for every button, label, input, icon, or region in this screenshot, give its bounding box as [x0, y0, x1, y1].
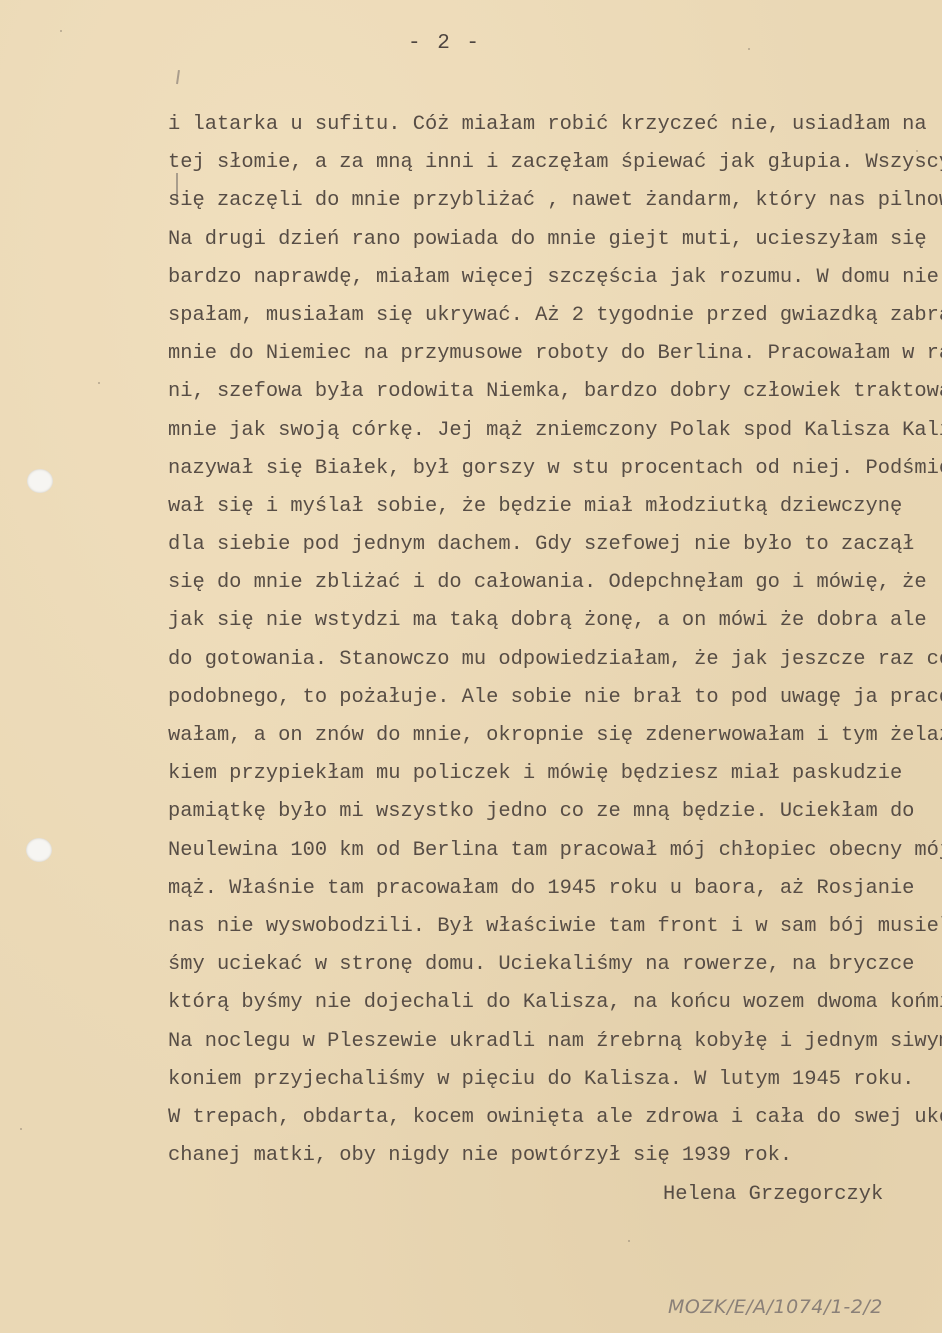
text-line: i latarka u sufitu. Cóż miałam robić krz…	[168, 106, 942, 144]
typewritten-body: i latarka u sufitu. Cóż miałam robić krz…	[168, 106, 942, 1175]
text-line: kiem przypiekłam mu policzek i mówię będ…	[168, 755, 942, 793]
text-line: nazywał się Białek, był gorszy w stu pro…	[168, 450, 942, 488]
text-line: spałam, musiałam się ukrywać. Aż 2 tygod…	[168, 297, 942, 335]
paper-speck	[60, 30, 62, 32]
punch-hole-bottom	[26, 838, 52, 862]
text-line: podobnego, to pożałuje. Ale sobie nie br…	[168, 679, 942, 717]
text-line: mąż. Właśnie tam pracowałam do 1945 roku…	[168, 870, 942, 908]
document-page: - 2 - i latarka u sufitu. Cóż miałam rob…	[0, 0, 942, 1333]
text-line: Na drugi dzień rano powiada do mnie giej…	[168, 221, 942, 259]
text-line: Na noclegu w Pleszewie ukradli nam źrebr…	[168, 1023, 942, 1061]
pencil-mark	[176, 70, 179, 84]
text-line: Neulewina 100 km od Berlina tam pracował…	[168, 832, 942, 870]
paper-speck	[20, 1128, 22, 1130]
text-line: nas nie wyswobodzili. Był właściwie tam …	[168, 908, 942, 946]
text-line: śmy uciekać w stronę domu. Uciekaliśmy n…	[168, 946, 942, 984]
paper-speck	[98, 382, 100, 384]
text-line: się do mnie zbliżać i do całowania. Odep…	[168, 564, 942, 602]
author-signature: Helena Grzegorczyk	[663, 1183, 883, 1206]
text-line: chanej matki, oby nigdy nie powtórzył si…	[168, 1137, 942, 1175]
text-line: wał się i myślał sobie, że będzie miał m…	[168, 488, 942, 526]
archive-reference-number: MOZK/E/A/1074/1-2/2	[668, 1296, 883, 1318]
text-line: się zaczęli do mnie przybliżać , nawet ż…	[168, 182, 942, 220]
text-line: pamiątkę było mi wszystko jedno co ze mn…	[168, 793, 942, 831]
paper-speck	[748, 48, 750, 50]
text-line: ni, szefowa była rodowita Niemka, bardzo…	[168, 373, 942, 411]
text-line: którą byśmy nie dojechali do Kalisza, na…	[168, 984, 942, 1022]
text-line: tej słomie, a za mną inni i zaczęłam śpi…	[168, 144, 942, 182]
text-line: bardzo naprawdę, miałam więcej szczęścia…	[168, 259, 942, 297]
text-line: wałam, a on znów do mnie, okropnie się z…	[168, 717, 942, 755]
text-line: mnie jak swoją córkę. Jej mąż zniemczony…	[168, 412, 942, 450]
text-line: jak się nie wstydzi ma taką dobrą żonę, …	[168, 602, 942, 640]
text-line: dla siebie pod jednym dachem. Gdy szefow…	[168, 526, 942, 564]
page-number: - 2 -	[408, 32, 481, 55]
text-line: koniem przyjechaliśmy w pięciu do Kalisz…	[168, 1061, 942, 1099]
paper-speck	[628, 1240, 630, 1242]
text-line: mnie do Niemiec na przymusowe roboty do …	[168, 335, 942, 373]
text-line: do gotowania. Stanowczo mu odpowiedziała…	[168, 641, 942, 679]
text-line: W trepach, obdarta, kocem owinięta ale z…	[168, 1099, 942, 1137]
punch-hole-top	[27, 469, 53, 493]
